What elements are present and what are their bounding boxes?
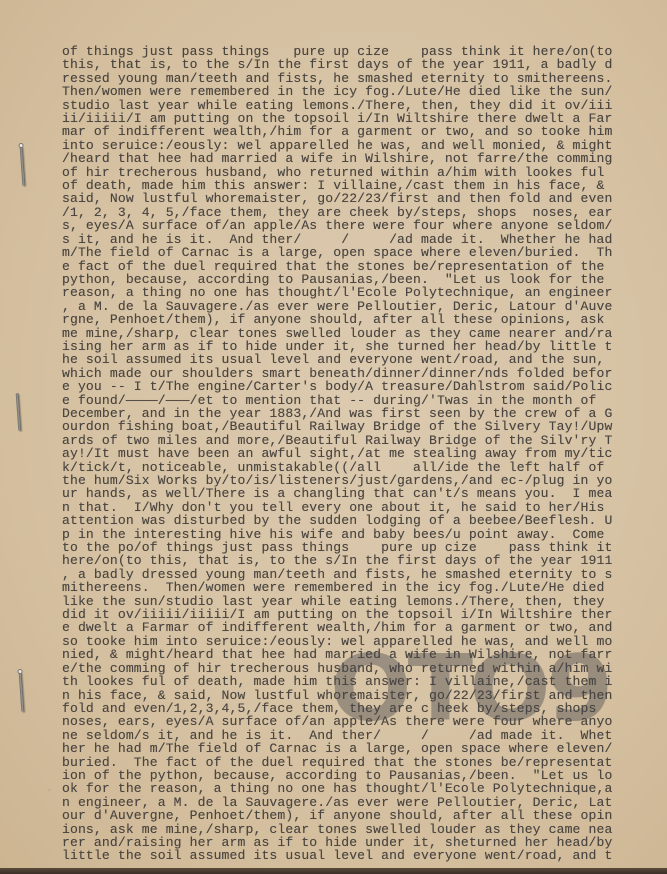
text-line: ising her arm as if to hide under it, sh… (62, 340, 652, 353)
text-line: rer and/raising her arm as if to hide un… (62, 836, 652, 849)
text-line: nied, & might/heard that hee had married… (62, 648, 652, 661)
text-line: mar of indifferent wealth,/him for a gar… (62, 125, 652, 138)
text-line: th lookes ful of death, made him this an… (62, 675, 652, 688)
text-line: attention was disturbed by the sudden lo… (62, 514, 652, 527)
text-line: n engineer, a M. de la Sauvagere./as eve… (62, 796, 652, 809)
text-line: of things just pass things pure up cize … (62, 45, 652, 58)
text-line: ok for the reason, a thing no one has th… (62, 782, 652, 795)
text-line: Then/women were remembered in the icy fo… (62, 85, 652, 98)
text-line: studio last year while eating lemons./Th… (62, 99, 652, 112)
text-line: her he had m/The field of Carnac is a la… (62, 742, 652, 755)
text-line: ii/iiiii/I am putting on the topsoil i/I… (62, 112, 652, 125)
text-line: like the sun/studio last year while eati… (62, 595, 652, 608)
text-line: e fact of the duel required that the sto… (62, 260, 652, 273)
text-line: reason, a thing no one has thought/l'Eco… (62, 286, 652, 299)
text-line: me mine,/sharp, clear tones swelled loud… (62, 327, 652, 340)
text-line: to the po/of things just pass things pur… (62, 541, 652, 554)
text-line: December, and in the year 1883,/And was … (62, 407, 652, 420)
text-line: ions, ask me mine,/sharp, clear tones sw… (62, 823, 652, 836)
text-line: said, Now lustful whoremaister, go/22/23… (62, 192, 652, 205)
staple-middle (16, 393, 22, 431)
text-line: n that. I/Why don't you tell every one a… (62, 501, 652, 514)
text-line: ourdon fishing boat,/Beautiful Railway B… (62, 420, 652, 433)
text-line: our d'Auvergne, Penhoet/them), if anyone… (62, 809, 652, 822)
text-line: n his face, & said, Now lustful whoremai… (62, 689, 652, 702)
text-line: buried. The fact of the duel required th… (62, 756, 652, 769)
text-line: the hum/Six Works by/to/is/listeners/jus… (62, 474, 652, 487)
page-bottom-edge (0, 868, 667, 874)
text-line: k/tick/t, noticeable, unmistakable((/all… (62, 461, 652, 474)
text-line: did it ov/iiiii/iiiii/I am putting on th… (62, 608, 652, 621)
text-line: of hir trecherous husband, who returned … (62, 166, 652, 179)
text-line: , a badly dressed young man/teeth and fi… (62, 568, 652, 581)
text-line: rgne, Penhoet/them), if anyone should, a… (62, 313, 652, 326)
text-line: ne seldom/s it, and he is it. And ther/ … (62, 729, 652, 742)
typewritten-page: · of things just pass things pure up ciz… (0, 0, 667, 868)
text-line: ay!/It must have been an awful sight,/at… (62, 447, 652, 460)
text-line: s, eyes/A surface of/an apple/As there w… (62, 219, 652, 232)
text-line: ur hands, as well/There is a changling t… (62, 487, 652, 500)
text-line: which made our shoulders smart beneath/d… (62, 367, 652, 380)
text-line: noses, ears, eyes/A surface of/an apple/… (62, 715, 652, 728)
text-line: this, that is, to the s/In the first day… (62, 58, 652, 71)
margin-mark: · (48, 786, 51, 795)
text-line: into seruice:/eously: wel apparelled he … (62, 139, 652, 152)
staple-top (20, 146, 26, 186)
text-line: here/on(to this, that is, to the s/In th… (62, 554, 652, 567)
typed-text-body: of things just pass things pure up cize … (62, 45, 652, 863)
text-line: mithereens. Then/women were remembered i… (62, 581, 652, 594)
text-line: e found/————/———/et to mention that -- d… (62, 394, 652, 407)
text-line: m/The field of Carnac is a large, open s… (62, 246, 652, 259)
text-line: fold and even/1,2,3,4,5,/face them, they… (62, 702, 652, 715)
text-line: python, because, according to Pausanias,… (62, 273, 652, 286)
text-line: e you -- I t/The engine/Carter's body/A … (62, 380, 652, 393)
text-line: /heard that hee had married a wife in Wi… (62, 152, 652, 165)
text-line: p in the interesting hive his wife and b… (62, 528, 652, 541)
text-line: e dwelt a Farmar of indifferent wealth,/… (62, 621, 652, 634)
text-line: he soil assumed its usual level and ever… (62, 353, 652, 366)
text-line: /1, 2, 3, 4, 5,/face them, they are chee… (62, 206, 652, 219)
text-line: , a M. de la Sauvagere./as ever were Pel… (62, 300, 652, 313)
text-line: of death, made him this answer: I villai… (62, 179, 652, 192)
text-line: ion of the python, because, according to… (62, 769, 652, 782)
text-line: ards of two miles and more,/Beautiful Ra… (62, 434, 652, 447)
text-line: s it, and he is it. And ther/ / /ad made… (62, 233, 652, 246)
text-line: little the soil assumed its usual level … (62, 849, 652, 862)
text-line: so tooke him into seruice:/eously: wel a… (62, 635, 652, 648)
text-line: e/the comming of hir trecherous husband,… (62, 662, 652, 675)
text-line: ressed young man/teeth and fists, he sma… (62, 72, 652, 85)
staple-bottom (19, 672, 25, 712)
